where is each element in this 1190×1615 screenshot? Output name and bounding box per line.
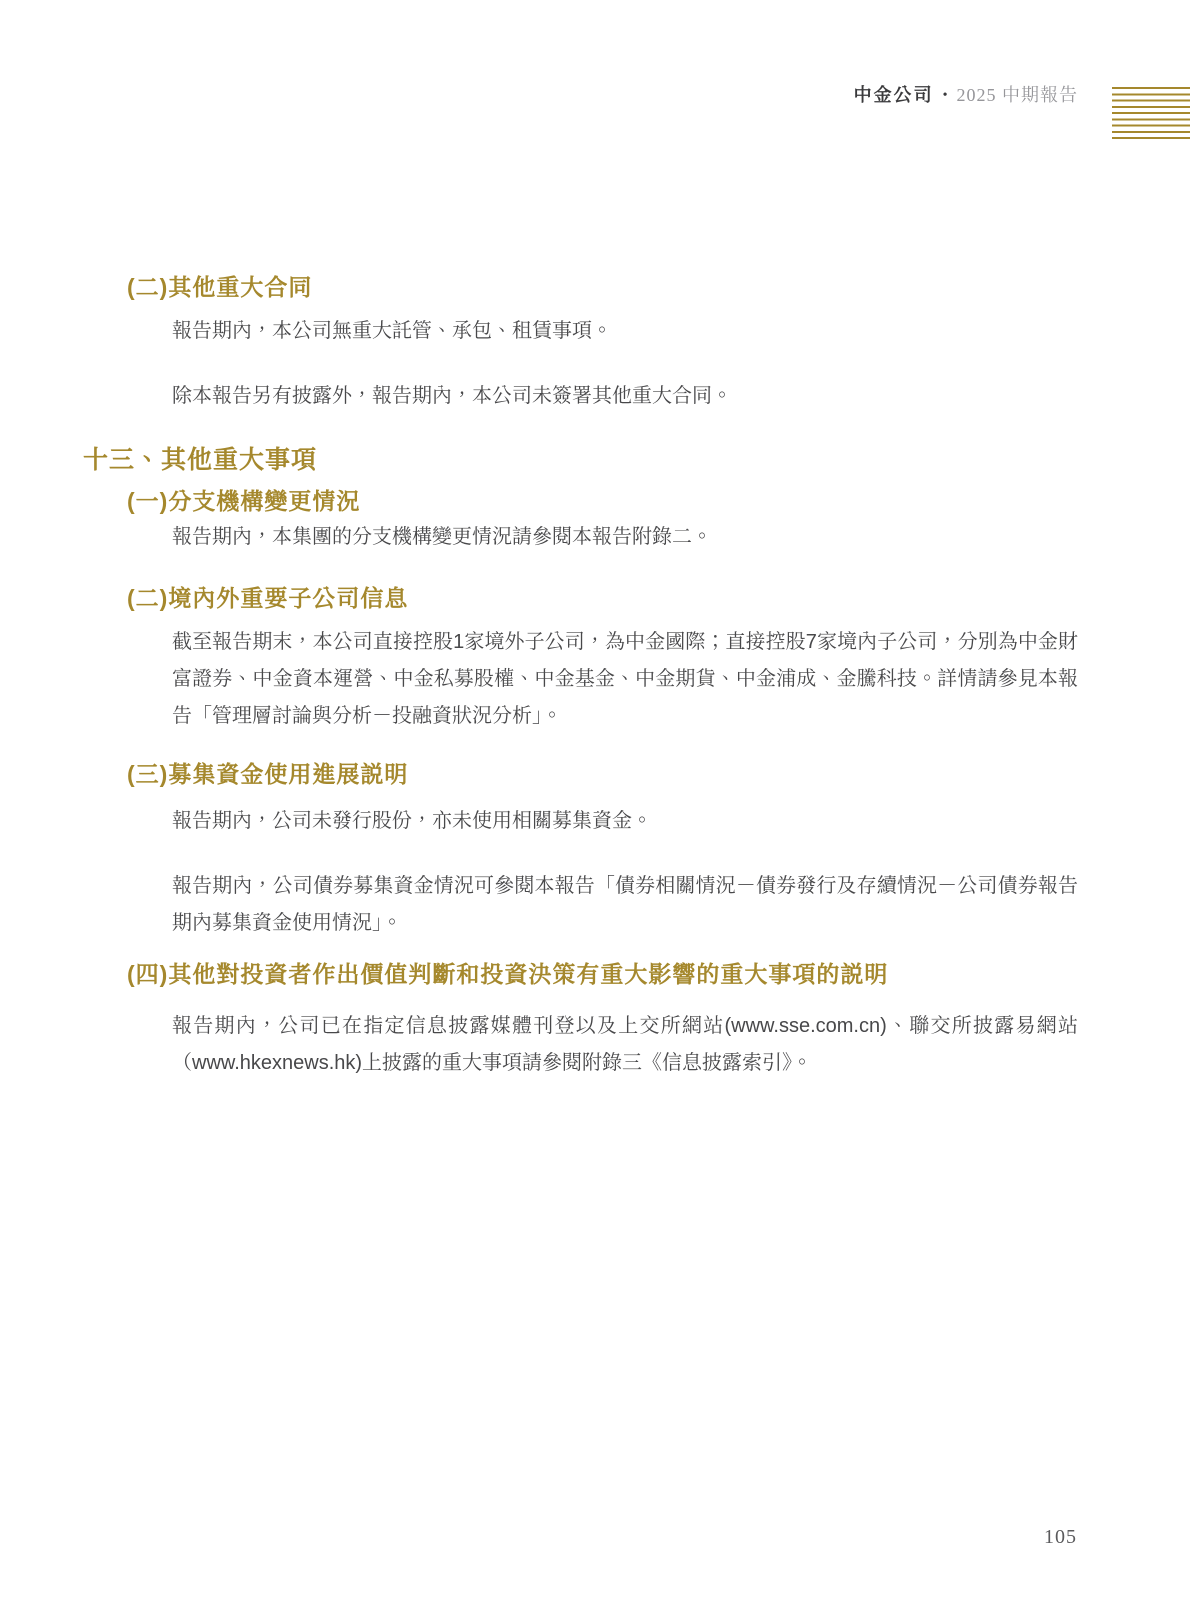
report-page: 中金公司•2025 中期報告 (二)其他重大合同 報告期內，本公司無重大託管、承… xyxy=(0,0,1190,1615)
paragraph-other-matters-for-investors: 報告期內，公司已在指定信息披露媒體刊登以及上交所網站(www.sse.com.c… xyxy=(172,1008,1078,1082)
report-edition: 2025 中期報告 xyxy=(957,85,1079,105)
paragraph-contracts-1: 報告期內，本公司無重大託管、承包、租賃事項。 xyxy=(172,313,1078,350)
heading-thirteen-other-major-matters: 十三、其他重大事項 xyxy=(83,444,317,477)
company-name: 中金公司 xyxy=(854,85,934,105)
heading-other-major-contracts: (二)其他重大合同 xyxy=(127,273,312,303)
page-header: 中金公司•2025 中期報告 xyxy=(854,85,1078,106)
heading-raised-funds-progress: (三)募集資金使用進展説明 xyxy=(127,760,408,790)
gold-stripes-icon xyxy=(1112,87,1190,139)
header-bullet-icon: • xyxy=(943,88,948,103)
page-number: 105 xyxy=(1044,1526,1077,1549)
paragraph-raised-funds-1: 報告期內，公司未發行股份，亦未使用相關募集資金。 xyxy=(172,803,1078,840)
heading-branch-changes: (一)分支機構變更情況 xyxy=(127,487,360,517)
paragraph-raised-funds-2: 報告期內，公司債券募集資金情況可參閱本報告「債券相關情況－債券發行及存續情況－公… xyxy=(172,868,1078,942)
paragraph-contracts-2: 除本報告另有披露外，報告期內，本公司未簽署其他重大合同。 xyxy=(172,378,1078,415)
heading-subsidiaries-info: (二)境內外重要子公司信息 xyxy=(127,584,408,614)
heading-other-matters-for-investors: (四)其他對投資者作出價值判斷和投資決策有重大影響的重大事項的説明 xyxy=(127,960,1087,990)
paragraph-subsidiaries-info: 截至報告期末，本公司直接控股1家境外子公司，為中金國際；直接控股7家境內子公司，… xyxy=(172,624,1078,735)
paragraph-branch-changes: 報告期內，本集團的分支機構變更情況請參閱本報告附錄二。 xyxy=(172,519,1078,556)
